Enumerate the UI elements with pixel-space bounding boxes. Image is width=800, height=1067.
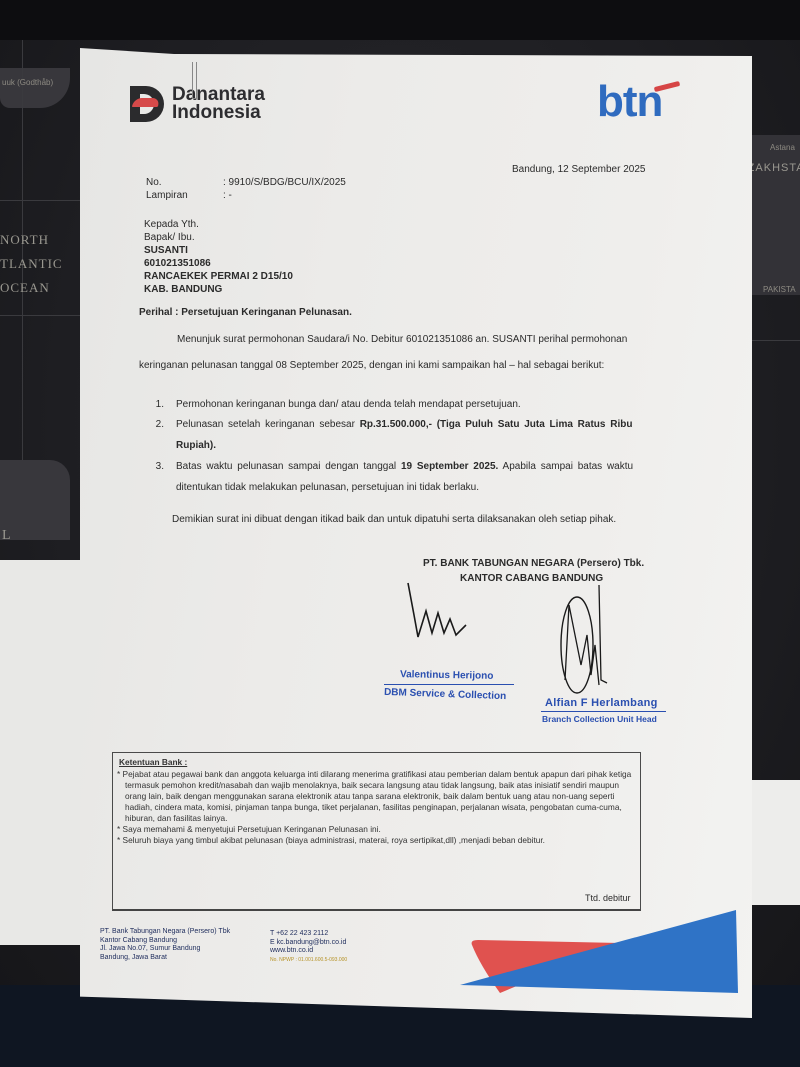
footer-email: E kc.bandung@btn.co.id: [270, 939, 347, 948]
list-text-cont: ditentukan tidak melakukan pelunasan, pe…: [176, 481, 479, 495]
deadline-date: 19 September 2025.: [401, 461, 498, 472]
signatory-left-name: Valentinus Herijono: [400, 669, 494, 682]
signature-right-icon: [555, 585, 615, 700]
meta-label-lampiran: Lampiran: [146, 189, 188, 203]
staple-icon: [192, 62, 197, 99]
opening-line-2: keringanan pelunasan tanggal 08 Septembe…: [139, 359, 604, 373]
signature-divider: [384, 684, 514, 685]
terms-item: * Seluruh biaya yang timbul akibat pelun…: [117, 835, 639, 846]
letter-content: Danantara Indonesia btn Bandung, 12 Sept…: [0, 0, 800, 1067]
settlement-amount: Rp.31.500.000,- (Tiga Puluh Satu Juta Li…: [360, 419, 633, 430]
address-line-2: KAB. BANDUNG: [144, 283, 293, 296]
terms-list: * Pejabat atau pegawai bank dan anggota …: [117, 769, 639, 846]
footer-website: www.btn.co.id: [270, 947, 347, 956]
terms-box: Ketentuan Bank : * Pejabat atau pegawai …: [112, 752, 641, 911]
recipient-name: SUSANTI: [144, 244, 293, 257]
subject-label: Perihal: [139, 307, 172, 318]
recipient-block: Kepada Yth. Bapak/ Ibu. SUSANTI 60102135…: [144, 218, 293, 296]
list-text: Permohonan keringanan bunga dan/ atau de…: [176, 398, 521, 412]
terms-item: * Saya memahami & menyetujui Persetujuan…: [117, 824, 639, 835]
signatory-left-title: DBM Service & Collection: [384, 687, 507, 702]
salutation-2: Bapak/ Ibu.: [144, 231, 293, 244]
place-date: Bandung, 12 September 2025: [512, 163, 645, 177]
salutation: Kepada Yth.: [144, 218, 293, 231]
logo-line-2: Indonesia: [172, 104, 265, 122]
danantara-wing-icon: [132, 98, 160, 107]
list-text: Batas waktu pelunasan sampai dengan tang…: [176, 460, 633, 474]
footer-npwp: No. NPWP : 01.001.600.5-093.000: [270, 956, 347, 965]
signatory-right-name: Alfian F Herlambang: [545, 697, 658, 709]
company-name: PT. BANK TABUNGAN NEGARA (Persero) Tbk.: [423, 557, 644, 571]
footer-phone: T +62 22 423 2112: [270, 930, 347, 939]
terms-heading: Ketentuan Bank :: [119, 757, 187, 768]
debtor-signature-label: Ttd. debitur: [585, 891, 631, 905]
footer-address: PT. Bank Tabungan Negara (Persero) Tbk K…: [100, 928, 230, 962]
footer-contact: T +62 22 423 2112 E kc.bandung@btn.co.id…: [270, 930, 347, 964]
signature-left-icon: [400, 575, 495, 655]
meta-value-lampiran: : -: [223, 189, 232, 203]
address-line-1: RANCAEKEK PERMAI 2 D15/10: [144, 270, 293, 283]
debtor-number: 601021351086: [144, 257, 293, 270]
list-number: 2.: [150, 418, 164, 432]
list-number: 3.: [150, 460, 164, 474]
opening-line-1: Menunjuk surat permohonan Saudara/i No. …: [177, 333, 627, 347]
signature-divider: [541, 711, 666, 712]
list-text: Pelunasan setelah keringanan sebesar Rp.…: [176, 418, 632, 432]
btn-logo-text: btn: [597, 80, 662, 124]
subject-text: : Persetujuan Keringanan Pelunasan.: [175, 307, 352, 318]
meta-value-no: : 9910/S/BDG/BCU/IX/2025: [223, 176, 346, 190]
list-number: 1.: [150, 398, 164, 412]
signatory-right-title: Branch Collection Unit Head: [542, 714, 657, 724]
footer-graphic-icon: [460, 905, 740, 995]
meta-label-no: No.: [146, 176, 162, 190]
terms-item: * Pejabat atau pegawai bank dan anggota …: [117, 769, 639, 824]
settlement-amount-cont: Rupiah).: [176, 439, 216, 453]
closing-statement: Demikian surat ini dibuat dengan itikad …: [172, 513, 616, 527]
subject-line: Perihal : Persetujuan Keringanan Pelunas…: [139, 306, 352, 320]
